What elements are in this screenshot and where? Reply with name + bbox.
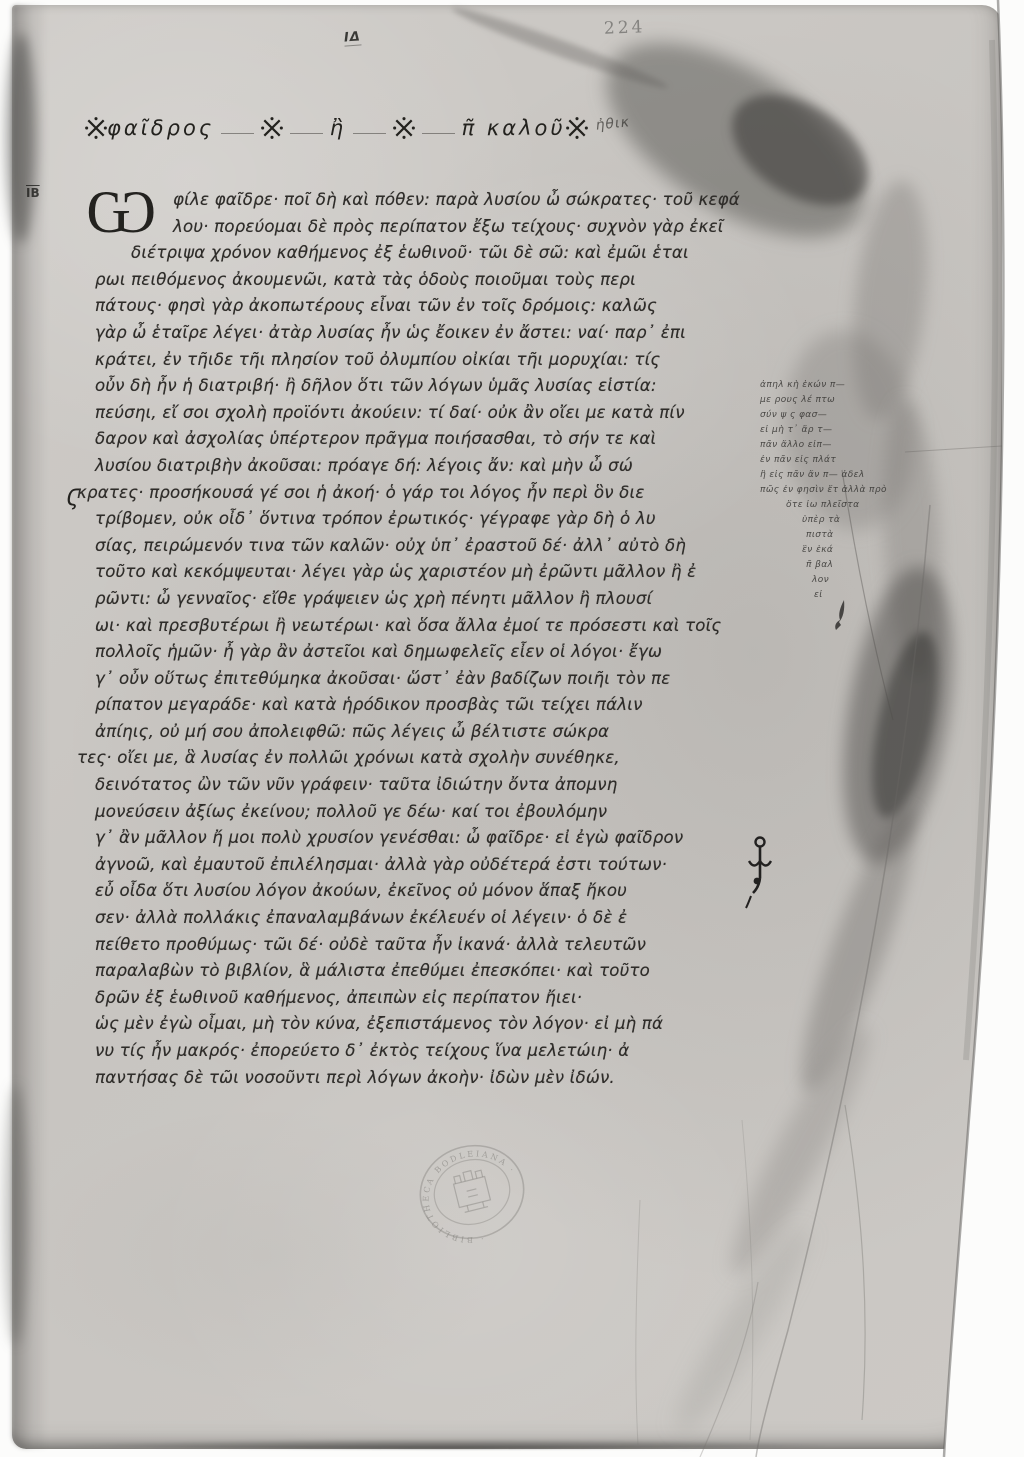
title-word-phaidros: φαῖδρος bbox=[107, 116, 214, 140]
scholion-line: πᾶν ἄλλο εἰπ— bbox=[760, 438, 910, 453]
asterisk-mark-icon bbox=[261, 117, 283, 139]
text-line: κρατες· προσήκουσά γέ σοι ἡ ἀκοή· ὁ γάρ … bbox=[77, 483, 745, 510]
scholion-line: ἢ εἰς πᾶν ἄν π— ἀδελ bbox=[760, 468, 910, 483]
title-conjunction: ἢ bbox=[330, 116, 346, 140]
scholion-line: ἀπηλ κὴ ἑκών π— bbox=[760, 378, 910, 393]
scholion-tail-flourish bbox=[828, 598, 854, 632]
title-suffix: ἠθικ bbox=[594, 114, 630, 134]
scholion-line: ὅτε ἰω πλεῖστα bbox=[786, 498, 910, 513]
scholion-line: με ρους λέ πτω bbox=[760, 393, 910, 408]
text-line: γὰρ ὦ ἑταῖρε λέγει· ἀτὰρ λυσίας ἦν ὡς ἔο… bbox=[95, 323, 745, 350]
text-line: σίας, πειρώμενόν τινα τῶν καλῶν· οὐχ ὑπ᾽… bbox=[95, 536, 745, 563]
cross-mark-icon bbox=[566, 117, 588, 139]
text-line: πολλοῖς ἡμῶν· ἦ γὰρ ἂν ἀστεῖοι καὶ δημωφ… bbox=[95, 642, 745, 669]
text-line: φίλε φαῖδρε· ποῖ δὴ καὶ πόθεν: παρὰ λυσί… bbox=[95, 190, 745, 217]
scholion-line: π̃ βαλ bbox=[806, 558, 910, 573]
text-line: εὖ οἶδα ὅτι λυσίου λόγον ἀκούων, ἐκεῖνος… bbox=[95, 881, 745, 908]
text-line: διέτριψα χρόνον καθήμενος ἐξ ἑωθινοῦ· τῶ… bbox=[95, 243, 745, 270]
text-line: τες· οἴει με, ἃ λυσίας ἐν πολλῶι χρόνωι … bbox=[77, 748, 745, 775]
text-line: λυσίου διατριβὴν ἀκοῦσαι: πρόαγε δή: λέγ… bbox=[95, 456, 745, 483]
text-line: γ᾽ οὖν οὕτως ἐπιτεθύμηκα ἀκοῦσαι· ὥστ᾽ ἐ… bbox=[95, 669, 745, 696]
text-line: πάτους· φησὶ γὰρ ἀκοπωτέρους εἶναι τῶν ἐ… bbox=[95, 296, 745, 323]
title-rule bbox=[422, 133, 455, 134]
title-rule bbox=[221, 133, 254, 134]
text-line: τοῦτο καὶ κεκόμψευται· λέγει γὰρ ὡς χαρι… bbox=[95, 562, 745, 589]
text-line: ἀγνοῶ, καὶ ἐμαυτοῦ ἐπιλέλησμαι· ἀλλὰ γὰρ… bbox=[95, 855, 745, 882]
text-line: παντήσας δὲ τῶι νοσοῦντι περὶ λόγων ἀκοὴ… bbox=[95, 1068, 745, 1095]
text-line: ἀπίηις, οὐ μή σου ἀπολειφθῶ: πῶς λέγεις … bbox=[95, 722, 745, 749]
text-line: παραλαβὼν τὸ βιβλίον, ἃ μάλιστα ἐπεθύμει… bbox=[95, 961, 745, 988]
text-line: κράτει, ἐν τῆιδε τῆι πλησίον τοῦ ὀλυμπίο… bbox=[95, 350, 745, 377]
stamp-text-path bbox=[420, 1147, 527, 1246]
manuscript-photograph: 224 ΙΔ ΙΒ φαῖδρος ἢ π̃ καλοῦ ἠθικ Ѡ Ϛ φί… bbox=[0, 0, 1024, 1457]
cross-mark-icon bbox=[85, 117, 107, 139]
text-line: ὡς μὲν ἐγὼ οἶμαι, μὴ τὸν κύνα, ἐξεπιστάμ… bbox=[95, 1014, 745, 1041]
bottom-edge-shadow bbox=[42, 1439, 852, 1449]
title-line: φαῖδρος ἢ π̃ καλοῦ ἠθικ bbox=[85, 116, 630, 140]
text-line: μονεύσειν ἀξίως ἐκείνου; πολλοῦ γε δέω· … bbox=[95, 802, 745, 829]
text-line: πείθετο προθύμως· τῶι δέ· οὐδὲ ταῦτα ἦν … bbox=[95, 935, 745, 962]
text-line: νυ τίς ἦν μακρός· ἐπορεύετο δ᾽ ἐκτὸς τεί… bbox=[95, 1041, 745, 1068]
edge-stain bbox=[4, 1085, 28, 1345]
text-line: ρῶντι: ὦ γενναῖος· εἴθε γράψειεν ὡς χρὴ … bbox=[95, 589, 745, 616]
folio-number: 224 bbox=[604, 17, 646, 38]
asterisk-mark-icon bbox=[393, 117, 415, 139]
scholion-line: εἰ μὴ τ᾽ ἄρ τ— bbox=[760, 423, 910, 438]
text-line: ρωι πειθόμενος ἀκουμενῶι, κατὰ τὰς ὁδοὺς… bbox=[95, 270, 745, 297]
text-line: οὖν δὴ ἦν ἡ διατριβή· ἢ δῆλον ὅτι τῶν λό… bbox=[95, 376, 745, 403]
stamp-crest bbox=[451, 1168, 491, 1214]
text-line: δρῶν ἐξ ἑωθινοῦ καθήμενος, ἀπειπὼν εἰς π… bbox=[95, 988, 745, 1015]
text-line: πεύσηι, εἴ σοι σχολὴ προϊόντι ἀκούειν: τ… bbox=[95, 403, 745, 430]
text-line: σεν· ἀλλὰ πολλάκις ἐπαναλαμβάνων ἐκέλευέ… bbox=[95, 908, 745, 935]
scholion-line: λον bbox=[812, 573, 910, 588]
scholion-line: ἐν πᾶν εἰς πλάτ bbox=[760, 453, 910, 468]
text-line: ρίπατον μεγαράδε· καὶ κατὰ ἡρόδικον προσ… bbox=[95, 695, 745, 722]
text-line: γ᾽ ἂν μᾶλλον ἤ μοι πολὺ χρυσίον γενέσθαι… bbox=[95, 828, 745, 855]
title-word-peri-kalou: π̃ καλοῦ bbox=[462, 116, 566, 140]
text-line: ωι· καὶ πρεσβυτέρωι ἢ νεωτέρωι· καὶ ὅσα … bbox=[95, 616, 745, 643]
scholion-line: πῶς ἐν φησὶν ἔτ ἀλλὰ πρὸ bbox=[760, 483, 910, 498]
scholion-line: ὑπὲρ τὰ bbox=[802, 513, 910, 528]
text-line: τρίβομεν, οὐκ οἶδ᾽ ὅντινα τρόπον ἐρωτικό… bbox=[95, 509, 745, 536]
marginal-critical-symbol-icon bbox=[740, 834, 780, 912]
edge-stain bbox=[6, 33, 36, 243]
scholion-line: σύν ψ ς φασ— bbox=[760, 408, 910, 423]
marginal-scholion: ἀπηλ κὴ ἑκών π— με ρους λέ πτω σύν ψ ς φ… bbox=[760, 378, 910, 603]
quire-mark-left: ΙΒ bbox=[26, 186, 40, 200]
quire-mark-top: ΙΔ bbox=[343, 29, 361, 46]
text-line: δαρον καὶ ἀσχολίας ὑπέρτερον πρᾶγμα ποιή… bbox=[95, 429, 745, 456]
scholion-line: ἓν ἑκά bbox=[802, 543, 910, 558]
title-rule bbox=[290, 133, 323, 134]
scholion-line: πιστὰ bbox=[806, 528, 910, 543]
title-rule bbox=[353, 133, 386, 134]
main-text-block: φίλε φαῖδρε· ποῖ δὴ καὶ πόθεν: παρὰ λυσί… bbox=[95, 190, 745, 1094]
text-line: λου· πορεύομαι δὲ πρὸς περίπατον ἔξω τεί… bbox=[95, 217, 745, 244]
text-line: δεινότατος ὢν τῶν νῦν γράφειν· ταῦτα ἰδι… bbox=[95, 775, 745, 802]
